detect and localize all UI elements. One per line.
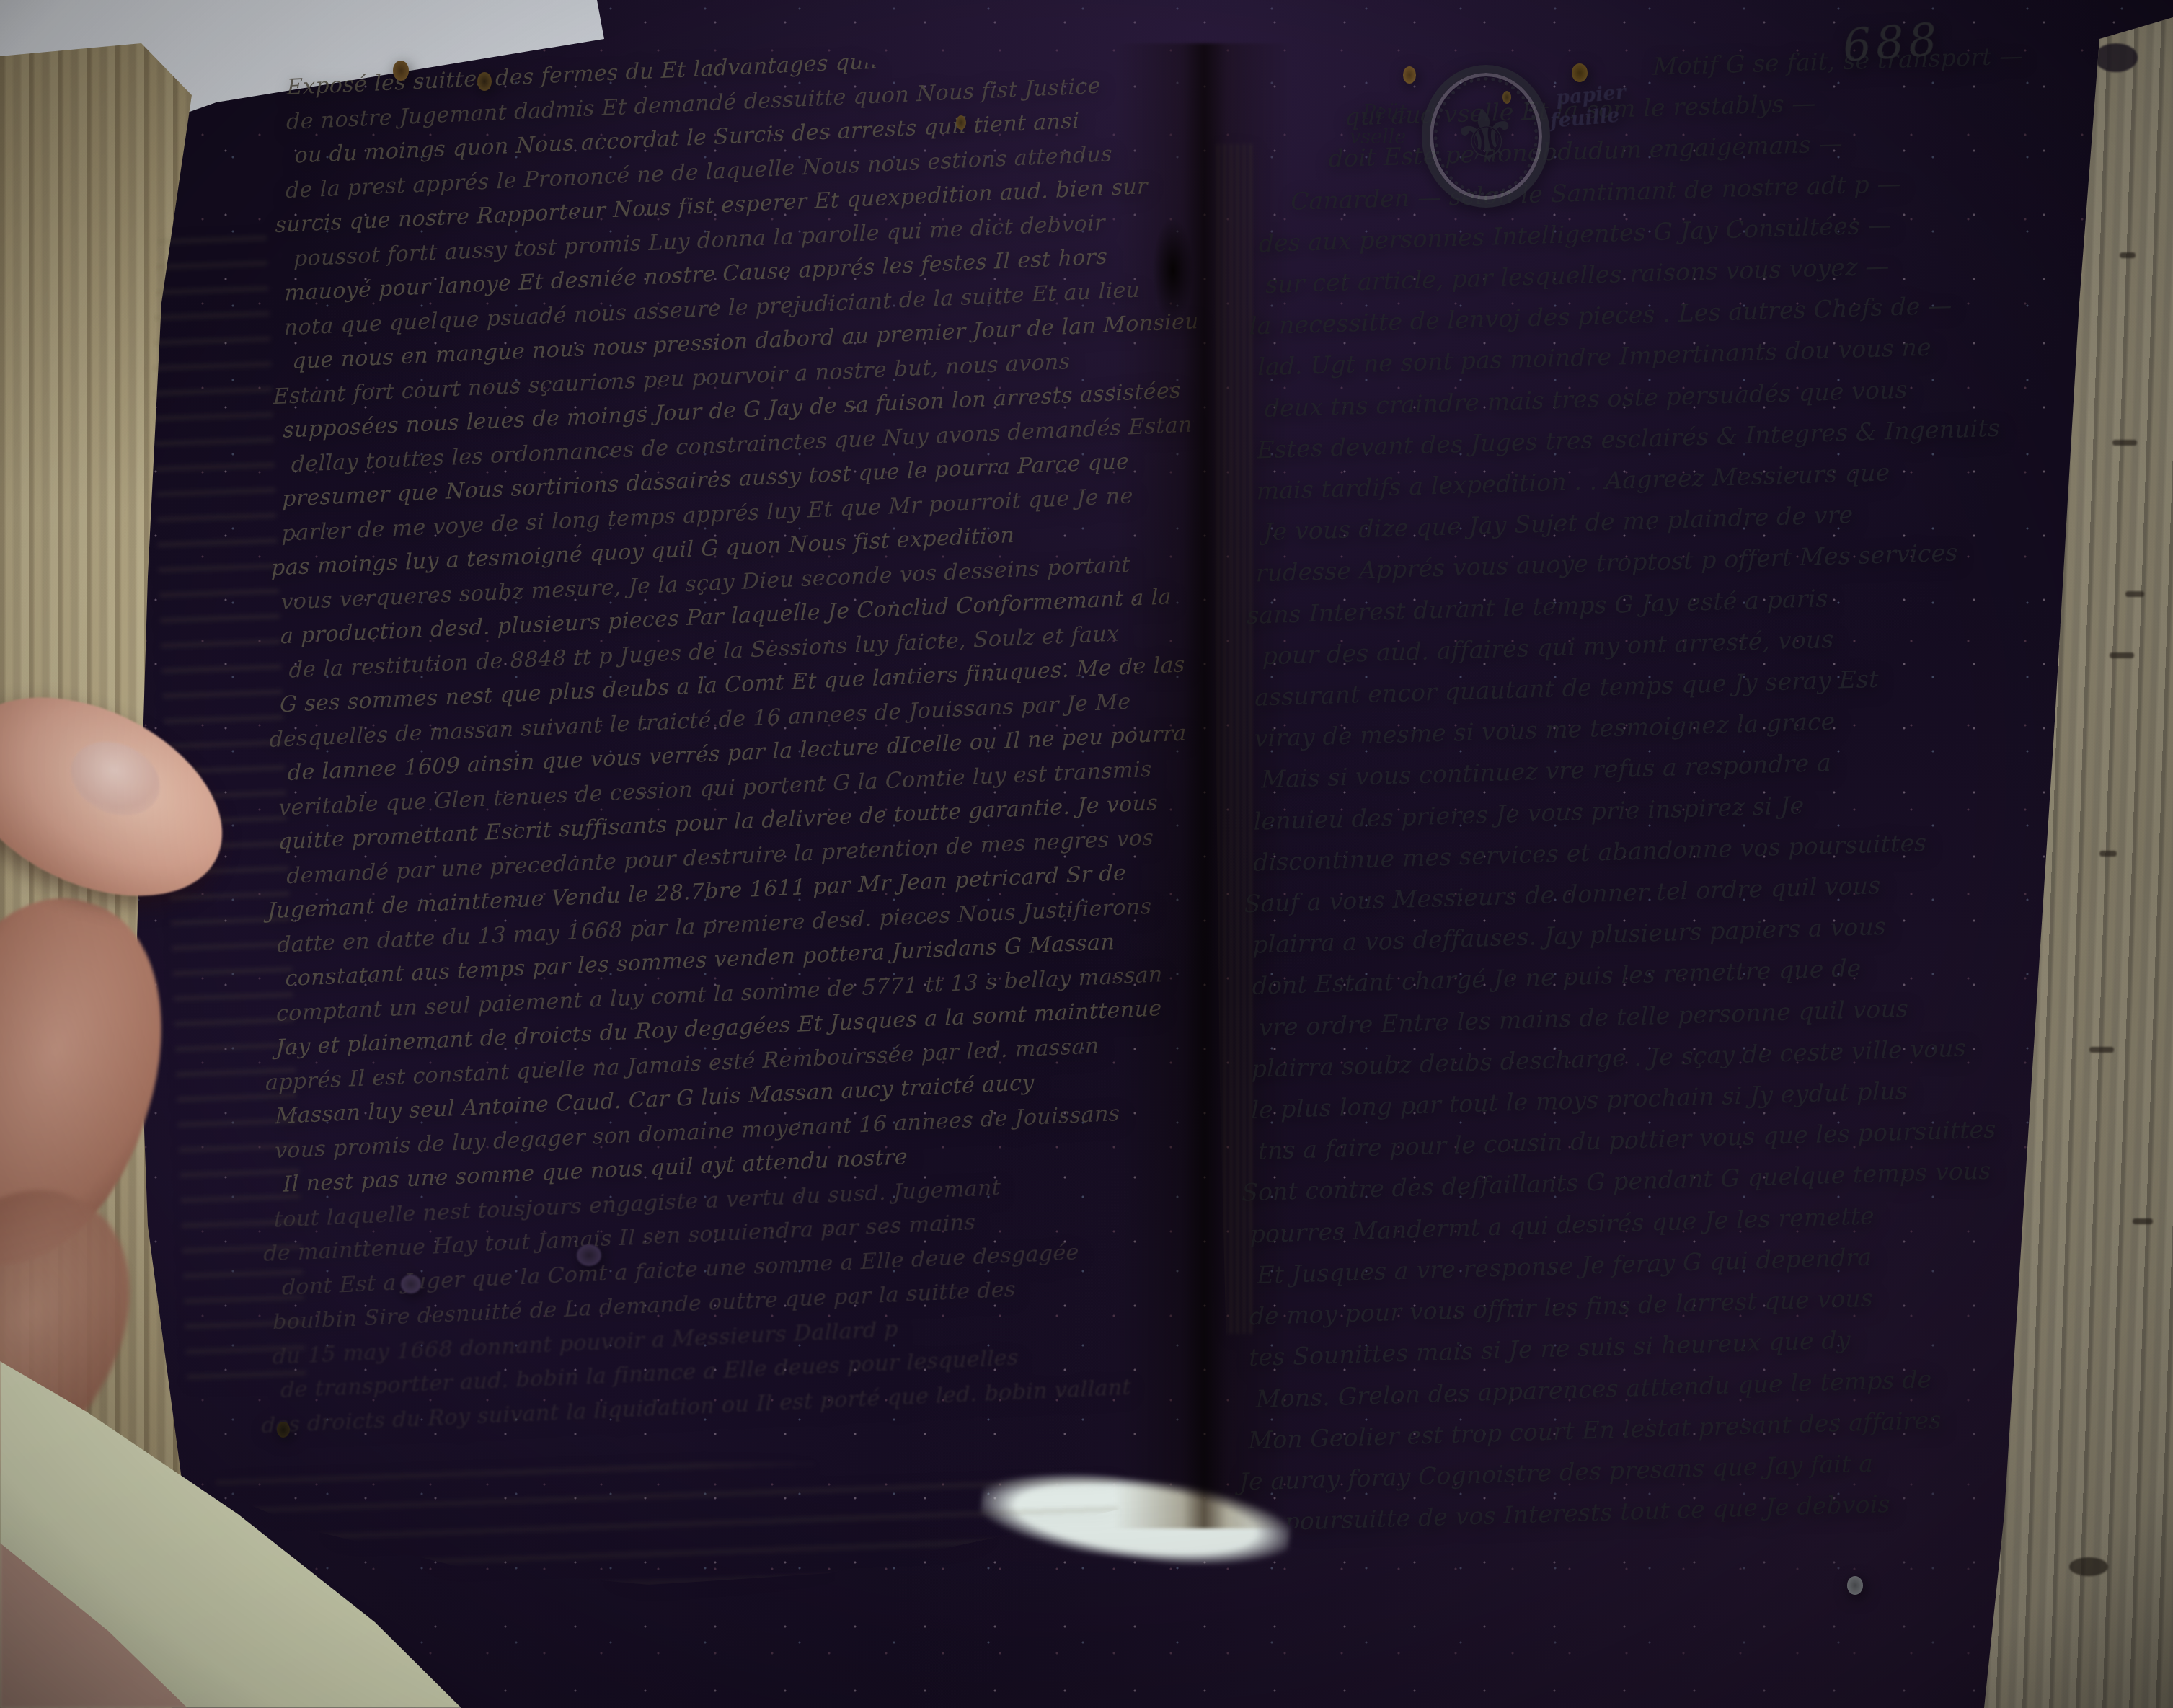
edge-ink-mark	[2110, 652, 2134, 658]
folio-number: 688	[1841, 12, 1943, 71]
manuscript-photo: Exposé les suittes des fermes du Et ladv…	[0, 0, 2173, 1708]
gutter-shadow	[1114, 43, 1294, 1528]
gutter-stain	[1152, 216, 1194, 324]
tax-stamp: ⚜	[1422, 65, 1550, 208]
edge-ink-mark	[2120, 252, 2136, 258]
ink-blot	[401, 1275, 421, 1293]
edge-ink-mark	[2125, 591, 2144, 597]
fleur-de-lis-icon: ⚜	[1412, 57, 1559, 216]
edge-ink-mark	[2112, 440, 2137, 446]
left-page-text: Exposé les suittes des fermes du Et ladv…	[271, 30, 1194, 1443]
wormhole-spot	[1403, 66, 1416, 84]
wormhole-spot	[956, 115, 966, 130]
stamp-caption-left-top: Peüt	[1363, 102, 1407, 123]
edge-ink-mark	[2099, 851, 2117, 857]
edge-ink-mark	[2133, 1218, 2153, 1224]
wormhole-spot	[1572, 63, 1588, 82]
edge-ink-mark	[2069, 1557, 2108, 1576]
right-page-text: Motif G se fait, se transport —qui aud v…	[1247, 32, 2110, 1544]
wormhole-spot	[277, 1422, 290, 1438]
wormhole-spot	[1502, 91, 1511, 104]
wormhole-spot	[1847, 1576, 1863, 1595]
wormhole-spot	[477, 72, 492, 91]
wormhole-spot	[393, 61, 409, 81]
edge-ink-mark	[2089, 1047, 2114, 1053]
stamp-caption-left-bottom: vselle	[1350, 127, 1406, 148]
ink-blot	[577, 1244, 601, 1266]
